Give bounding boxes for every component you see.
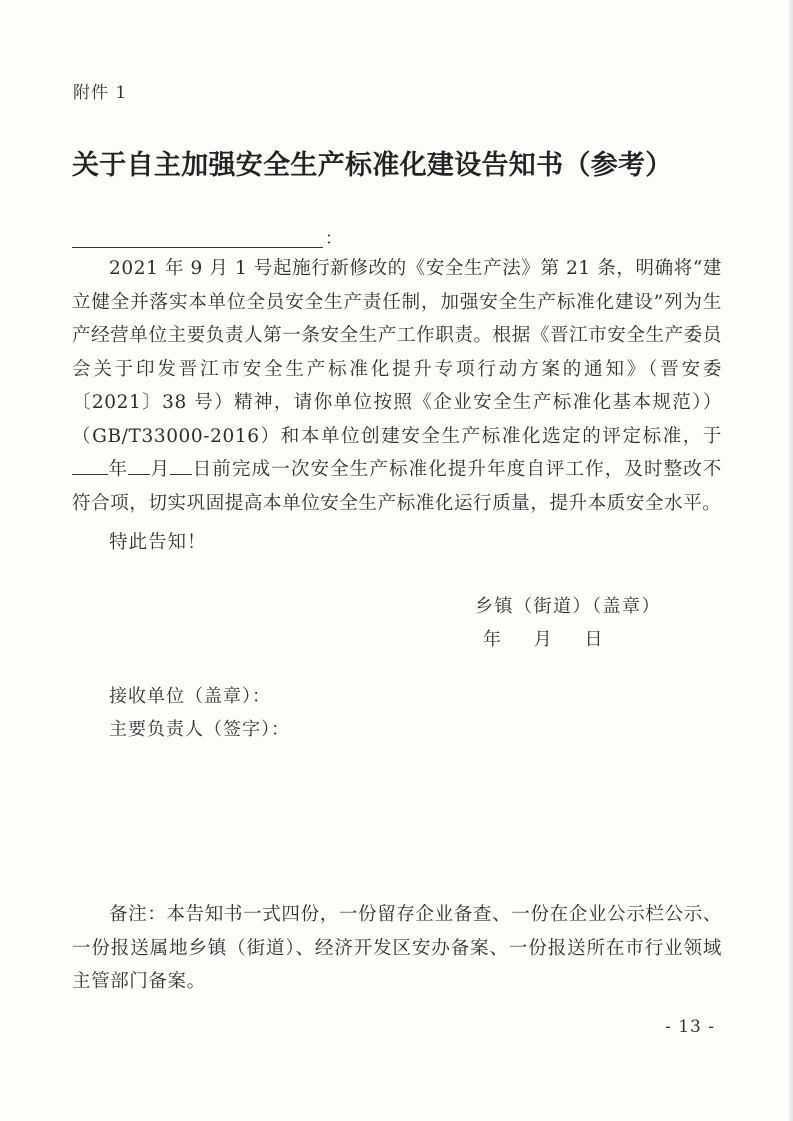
year-blank xyxy=(72,455,108,475)
month-blank xyxy=(128,455,150,475)
receiver-person-label: 主要负责人（签字）： xyxy=(109,713,290,746)
body-text-part1: 2021 年 9 月 1 号起施行新修改的《安全生产法》第 21 条，明确将“建… xyxy=(72,258,722,447)
issuer-date-month: 月 xyxy=(534,623,554,656)
closing-text: 特此告知！ xyxy=(109,528,207,554)
issuer-date-year: 年 xyxy=(483,623,503,656)
document-title: 关于自主加强安全生产标准化建设告知书（参考） xyxy=(72,143,673,182)
page-edge-shadow xyxy=(789,0,793,1121)
body-paragraph: 2021 年 9 月 1 号起施行新修改的《安全生产法》第 21 条，明确将“建… xyxy=(72,252,722,520)
issuer-date: 年 月 日 xyxy=(475,623,661,656)
day-blank xyxy=(170,455,192,475)
receiver-unit-label: 接收单位（盖章）： xyxy=(109,680,290,713)
remark-text: 备注：本告知书一式四份，一份留存企业备查、一份在企业公示栏公示、一份报送属地乡镇… xyxy=(72,898,722,999)
receiver-block: 接收单位（盖章）： 主要负责人（签字）： xyxy=(109,680,290,746)
year-label: 年 xyxy=(108,459,128,480)
issuer-date-day: 日 xyxy=(584,623,604,656)
recipient-blank-line xyxy=(72,229,323,248)
issuer-block: 乡镇（街道）（盖章） 年 月 日 xyxy=(475,590,661,656)
salutation-colon: ： xyxy=(325,230,342,248)
document-page: 附件 1 关于自主加强安全生产标准化建设告知书（参考） ： 2021 年 9 月… xyxy=(0,0,793,1121)
salutation-blank: ： xyxy=(72,226,342,248)
page-number: - 13 - xyxy=(665,1017,715,1037)
month-label: 月 xyxy=(150,459,170,480)
remark-block: 备注：本告知书一式四份，一份留存企业备查、一份在企业公示栏公示、一份报送属地乡镇… xyxy=(72,898,722,999)
body-paragraph-text: 2021 年 9 月 1 号起施行新修改的《安全生产法》第 21 条，明确将“建… xyxy=(72,252,722,520)
attachment-label: 附件 1 xyxy=(73,78,127,103)
issuer-name: 乡镇（街道）（盖章） xyxy=(475,590,661,623)
